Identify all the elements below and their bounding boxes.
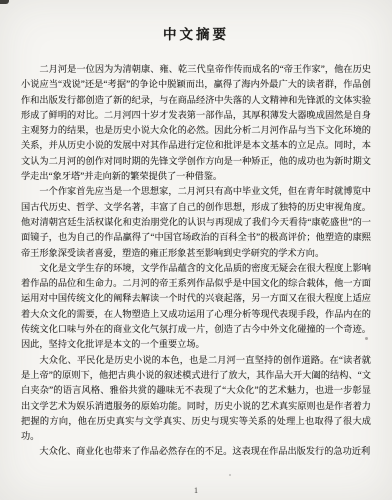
- scan-artifact-speck: [365, 337, 368, 340]
- page-title: 中文摘要: [0, 0, 392, 43]
- abstract-paragraph-5: 大众化、商业化也带来了作品必然存在的不足。这表现在作品出版发行的急功近利: [21, 444, 371, 459]
- page-number: 1: [0, 486, 392, 495]
- abstract-paragraph-3: 文化是文学生存的环境，文学作品蕴含的文化品质的密度无疑会在很大程度上影响着作品的…: [21, 261, 371, 353]
- scan-artifact-corner: [0, 0, 9, 4]
- abstract-paragraph-4: 大众化、平民化是历史小说的本色，也是二月河一直坚持的创作道路。在“读者就是上帝”…: [21, 353, 371, 445]
- abstract-body: 二月河是一位因为为清朝康、雍、乾三代皇帝作传而成名的“帝王作家”，他在历史小说应…: [21, 62, 371, 460]
- document-page: 中文摘要 二月河是一位因为为清朝康、雍、乾三代皇帝作传而成名的“帝王作家”，他在…: [0, 0, 392, 500]
- abstract-paragraph-2: 一个作家首先应当是一个思想家，二月河只有高中毕业文凭，但在青年时就博览中国古代历…: [21, 184, 371, 260]
- abstract-paragraph-1: 二月河是一位因为为清朝康、雍、乾三代皇帝作传而成名的“帝王作家”，他在历史小说应…: [21, 62, 371, 184]
- scan-artifact-speck: [229, 474, 231, 476]
